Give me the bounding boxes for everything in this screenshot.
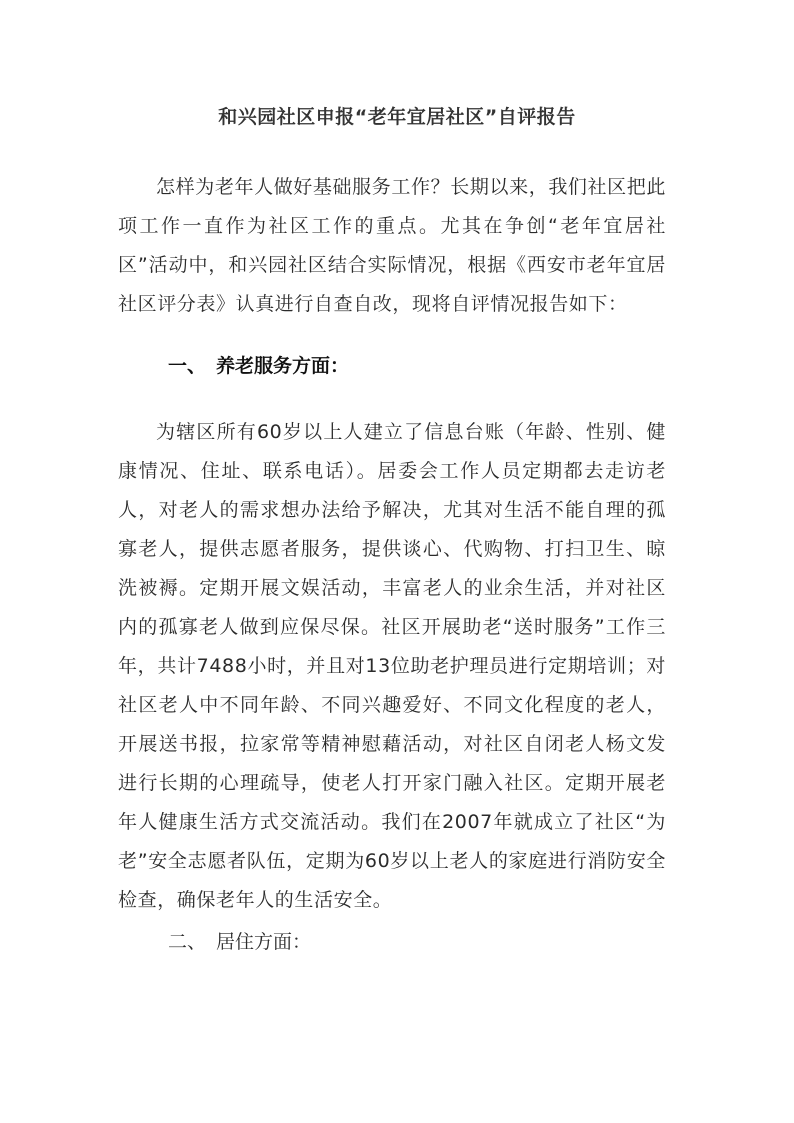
elder-services-paragraph: 为辖区所有60岁以上人建立了信息台账（年龄、性别、健康情况、住址、联系电话）。居…	[118, 413, 666, 920]
section-heading-housing: 二、 居住方面：	[168, 928, 311, 956]
document-page: 和兴园社区申报“老年宜居社区”自评报告 怎样为老年人做好基础服务工作？长期以来，…	[0, 0, 794, 1123]
intro-paragraph: 怎样为老年人做好基础服务工作？长期以来，我们社区把此项工作一直作为社区工作的重点…	[118, 168, 666, 324]
section-heading-text: 养老服务方面：	[216, 352, 349, 380]
section-heading-elder-services: 一、 养老服务方面：	[168, 352, 349, 380]
section-heading-text: 居住方面：	[216, 928, 311, 956]
document-title: 和兴园社区申报“老年宜居社区”自评报告	[0, 103, 794, 131]
section-number: 一、	[168, 352, 216, 380]
section-number: 二、	[168, 928, 216, 956]
